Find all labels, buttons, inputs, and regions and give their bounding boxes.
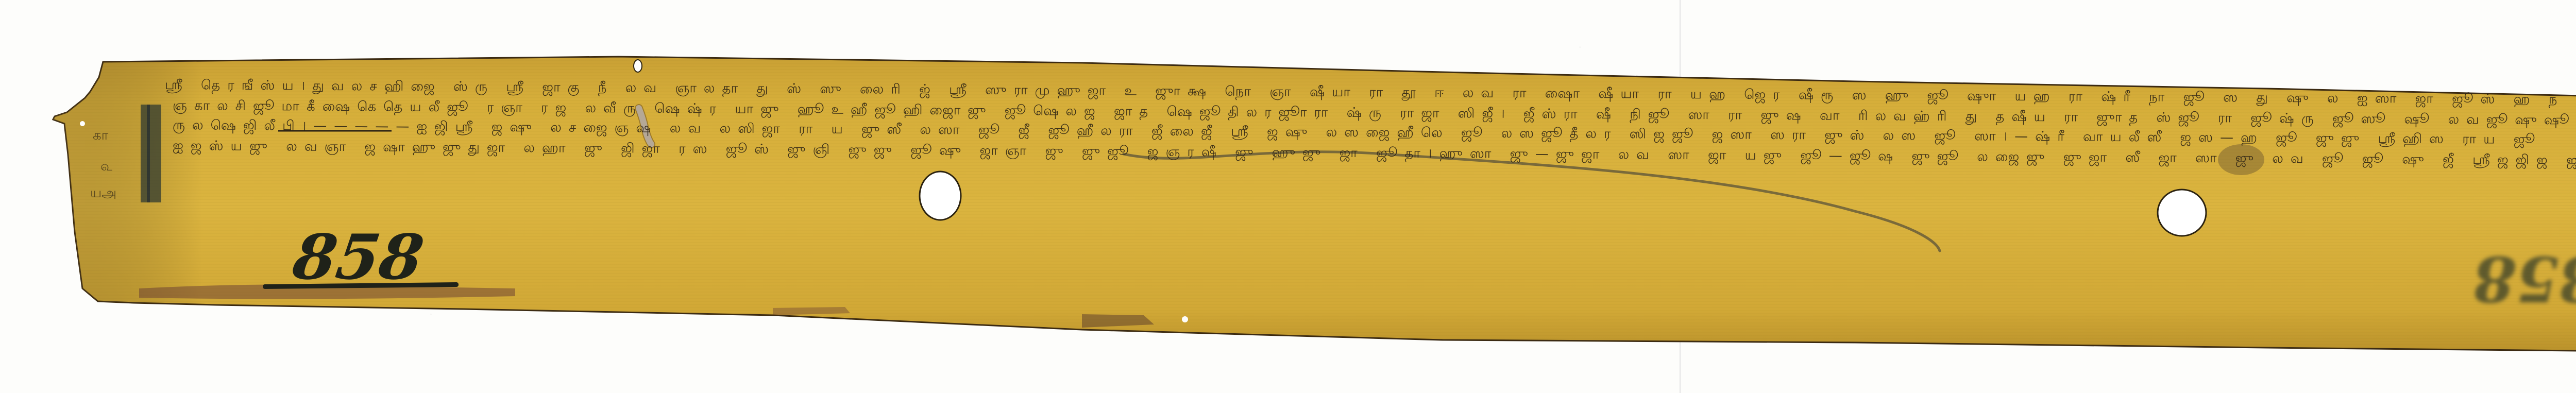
palm-leaf bbox=[0, 0, 2576, 393]
margin-character: யஅ bbox=[90, 185, 116, 202]
handwritten-folio-number: 858 bbox=[290, 227, 427, 288]
bleed-through-folio-number: 858 bbox=[2473, 247, 2576, 309]
margin-ink-bar bbox=[141, 105, 161, 202]
worm-hole bbox=[634, 60, 642, 72]
string-hole bbox=[920, 172, 961, 220]
margin-character: ௳ bbox=[100, 159, 112, 176]
margin-character: கா bbox=[93, 128, 108, 145]
string-hole bbox=[2158, 190, 2206, 236]
